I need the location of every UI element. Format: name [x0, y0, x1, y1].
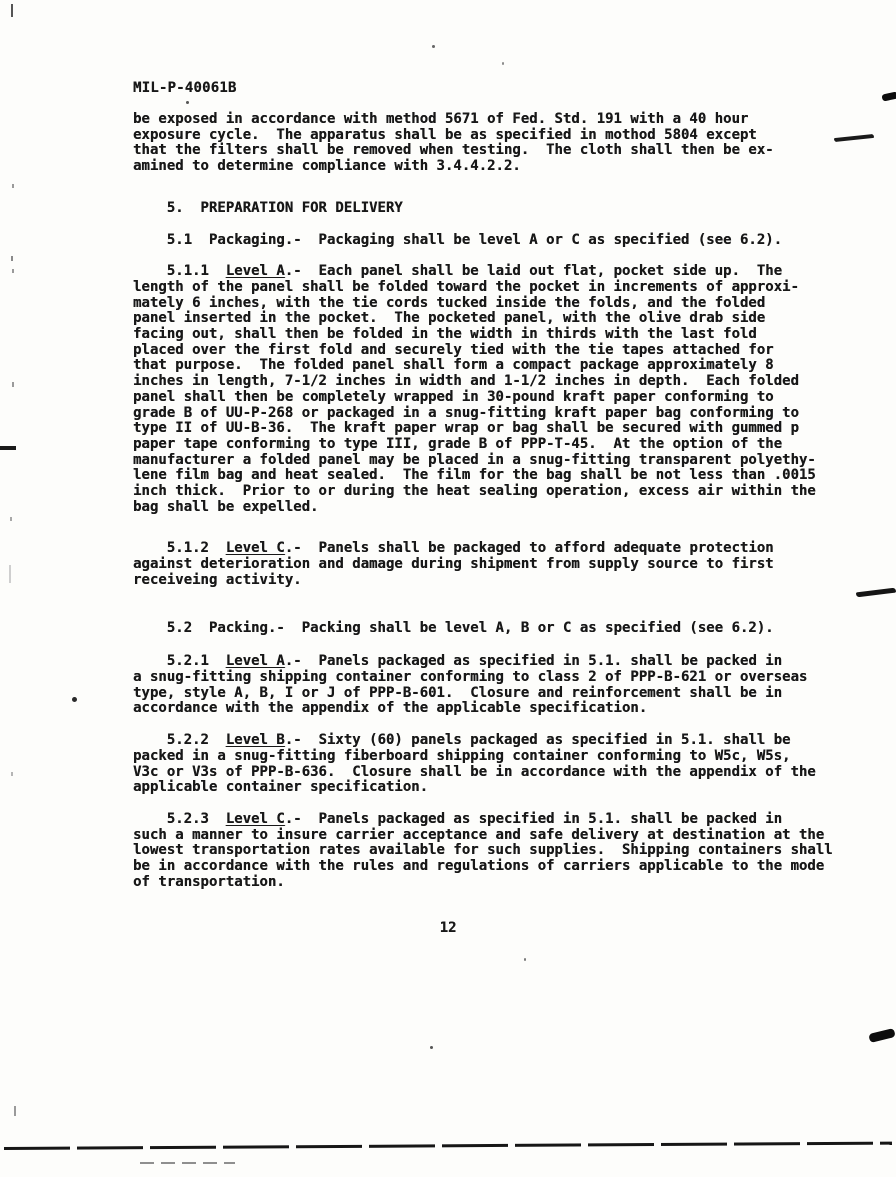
margin-pen-mark-right-4: [868, 1028, 895, 1043]
scan-artifact-speck: [502, 62, 504, 65]
scan-artifact-speck: [11, 772, 13, 776]
scan-artifact-top-left-tick: [11, 4, 13, 17]
para-lead: 5.2.3: [133, 811, 226, 827]
scan-artifact-speck: [430, 1046, 433, 1049]
para-underlined-title: Level C: [226, 540, 285, 556]
margin-dot-left: [72, 697, 77, 702]
scan-artifact-speck: [11, 256, 13, 261]
scan-artifact-speck: [12, 269, 14, 273]
para-underlined-title: Level A: [226, 263, 285, 279]
paragraph-continuation-text: be exposed in accordance with method 567…: [133, 111, 774, 174]
section-heading-5: 5. PREPARATION FOR DELIVERY: [133, 201, 878, 217]
bottom-sub-dash: [140, 1162, 235, 1164]
para-text: Packing.- Packing shall be level A, B or…: [209, 620, 774, 636]
para-lead: 5.1.1: [133, 263, 226, 279]
para-lead: 5.1: [133, 232, 209, 248]
document-body: be exposed in accordance with method 567…: [133, 112, 878, 906]
margin-pen-mark-right-1: [881, 91, 896, 101]
para-text: Packaging.- Packaging shall be level A o…: [209, 232, 782, 248]
para-underlined-title: Level C: [226, 811, 285, 827]
page-number: 12: [308, 920, 588, 936]
left-edge-dash: [0, 446, 16, 450]
bottom-dashed-rule: [4, 1142, 892, 1150]
scanned-document-page: MIL-P-40061B be exposed in accordance wi…: [0, 0, 896, 1177]
para-text: .- Each panel shall be laid out flat, po…: [133, 263, 816, 515]
scan-artifact-speck: [12, 184, 14, 188]
paragraph-5-1-1: 5.1.1 Level A.- Each panel shall be laid…: [133, 264, 878, 515]
scan-artifact-speck: [524, 958, 526, 961]
paragraph-continuation: be exposed in accordance with method 567…: [133, 112, 878, 175]
para-lead: 5.1.2: [133, 540, 226, 556]
para-lead: 5.2: [133, 620, 209, 636]
paragraph-5-2-2: 5.2.2 Level B.- Sixty (60) panels packag…: [133, 733, 878, 796]
scan-artifact-speck: [186, 101, 189, 104]
paragraph-5-1-2: 5.1.2 Level C.- Panels shall be packaged…: [133, 541, 878, 588]
para-lead: 5.2.2: [133, 732, 226, 748]
document-number: MIL-P-40061B: [133, 80, 237, 96]
scan-artifact-speck: [432, 45, 435, 48]
scan-artifact-speck: [12, 382, 14, 387]
scan-artifact-speck: [10, 517, 12, 521]
para-lead: 5.2.1: [133, 653, 226, 669]
paragraph-5-1: 5.1 Packaging.- Packaging shall be level…: [133, 233, 878, 249]
paragraph-5-2: 5.2 Packing.- Packing shall be level A, …: [133, 621, 878, 637]
paragraph-5-2-3: 5.2.3 Level C.- Panels packaged as speci…: [133, 812, 878, 891]
scan-artifact-speck: [14, 1106, 16, 1116]
paragraph-5-2-1: 5.2.1 Level A.- Panels packaged as speci…: [133, 654, 878, 717]
para-underlined-title: Level A: [226, 653, 285, 669]
para-underlined-title: Level B: [226, 732, 285, 748]
scan-artifact-speck: [9, 565, 11, 583]
section-heading-text: 5. PREPARATION FOR DELIVERY: [133, 200, 403, 216]
